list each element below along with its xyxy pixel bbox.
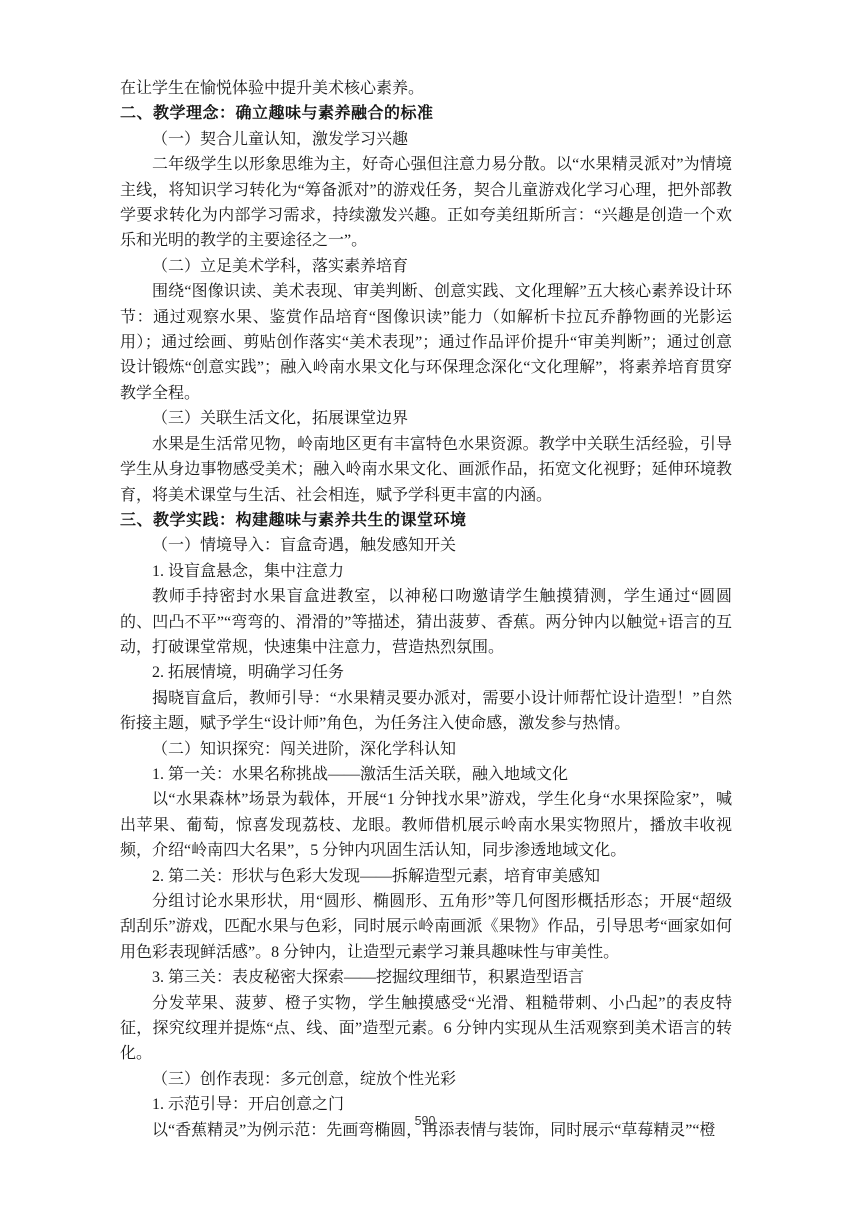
body-paragraph: 以“水果森林”场景为载体，开展“1 分钟找水果”游戏，学生化身“水果探险家”，喊… <box>120 787 732 863</box>
chapter-heading: 二、教学理念：确立趣味与素养融合的标准 <box>120 101 732 126</box>
item-heading: 1. 第一关：水果名称挑战——激活生活关联，融入地域文化 <box>120 762 732 787</box>
item-heading: 2. 拓展情境，明确学习任务 <box>120 660 732 685</box>
subsection-heading: （一）情境导入：盲盒奇遇，触发感知开关 <box>120 533 732 558</box>
body-paragraph: 揭晓盲盒后，教师引导：“水果精灵要办派对，需要小设计师帮忙设计造型！”自然衔接主… <box>120 686 732 737</box>
body-paragraph: 水果是生活常见物，岭南地区更有丰富特色水果资源。教学中关联生活经验，引导学生从身… <box>120 432 732 508</box>
item-heading: 1. 设盲盒悬念，集中注意力 <box>120 559 732 584</box>
body-paragraph: 二年级学生以形象思维为主，好奇心强但注意力易分散。以“水果精灵派对”为情境主线，… <box>120 152 732 254</box>
page-number: 590 <box>0 1114 850 1128</box>
body-paragraph: 在让学生在愉悦体验中提升美术核心素养。 <box>120 76 732 101</box>
document-page: 在让学生在愉悦体验中提升美术核心素养。 二、教学理念：确立趣味与素养融合的标准 … <box>0 0 850 1205</box>
body-paragraph: 围绕“图像识读、美术表现、审美判断、创意实践、文化理解”五大核心素养设计环节：通… <box>120 279 732 406</box>
body-paragraph: 分发苹果、菠萝、橙子实物，学生触摸感受“光滑、粗糙带刺、小凸起”的表皮特征，探究… <box>120 991 732 1067</box>
body-paragraph: 教师手持密封水果盲盒进教室，以神秘口吻邀请学生触摸猜测，学生通过“圆圆的、凹凸不… <box>120 584 732 660</box>
subsection-heading: （三）关联生活文化，拓展课堂边界 <box>120 406 732 431</box>
item-heading: 3. 第三关：表皮秘密大探索——挖掘纹理细节，积累造型语言 <box>120 965 732 990</box>
subsection-heading: （二）立足美术学科，落实素养培育 <box>120 254 732 279</box>
subsection-heading: （一）契合儿童认知，激发学习兴趣 <box>120 127 732 152</box>
body-paragraph: 分组讨论水果形状，用“圆形、椭圆形、五角形”等几何图形概括形态；开展“超级刮刮乐… <box>120 889 732 965</box>
item-heading: 2. 第二关：形状与色彩大发现——拆解造型元素，培育审美感知 <box>120 864 732 889</box>
subsection-heading: （三）创作表现：多元创意，绽放个性光彩 <box>120 1067 732 1092</box>
chapter-heading: 三、教学实践：构建趣味与素养共生的课堂环境 <box>120 508 732 533</box>
subsection-heading: （二）知识探究：闯关进阶，深化学科认知 <box>120 737 732 762</box>
document-body: 在让学生在愉悦体验中提升美术核心素养。 二、教学理念：确立趣味与素养融合的标准 … <box>120 76 732 1143</box>
